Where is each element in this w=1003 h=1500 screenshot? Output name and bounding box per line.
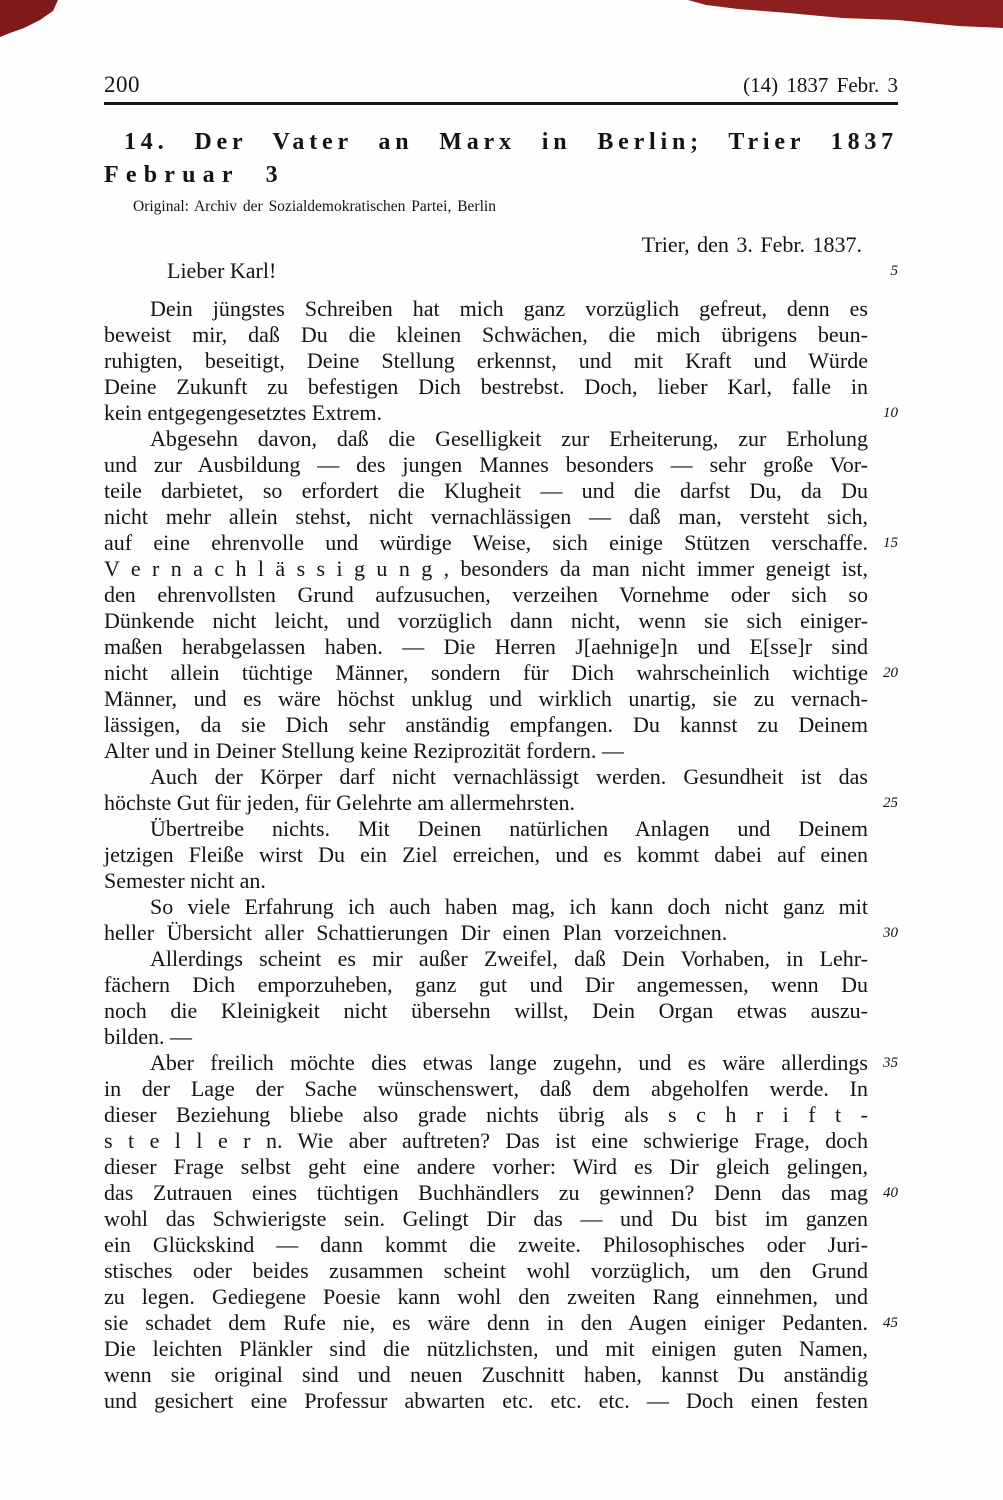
margin-line-number: 25 <box>883 796 898 811</box>
text-line-content: stisches oder beides zusammen scheint wo… <box>104 1258 868 1283</box>
text-line: heller Übersicht aller Schattierungen Di… <box>104 920 898 946</box>
margin-line-number: 10 <box>883 406 898 421</box>
text-line-content: und zur Ausbildung — des jungen Mannes b… <box>104 452 868 477</box>
margin-line-number: 35 <box>883 1056 898 1071</box>
text-line: Dein jüngstes Schreiben hat mich ganz vo… <box>104 296 898 322</box>
text-line-content: beweist mir, daß Du die kleinen Schwäche… <box>104 322 868 347</box>
text-line: dieser Beziehung bliebe also grade nicht… <box>104 1102 898 1128</box>
text-line-content: dieser Frage selbst geht eine andere vor… <box>104 1154 868 1179</box>
page-header: 200 (14) 1837 Febr. 3 <box>104 72 898 98</box>
text-line-content: höchste Gut für jeden, für Gelehrte am a… <box>104 790 575 815</box>
letter-heading-line1: 14. Der Vater an Marx in Berlin; Trier 1… <box>104 126 898 159</box>
margin-line-number: 5 <box>891 264 899 279</box>
text-line: Deine Zukunft zu befestigen Dich bestreb… <box>104 374 898 400</box>
text-line: höchste Gut für jeden, für Gelehrte am a… <box>104 790 898 816</box>
text-line-content: in der Lage der Sache wünschenswert, daß… <box>104 1076 868 1101</box>
dateline: Trier, den 3. Febr. 1837. <box>104 232 898 258</box>
letter-title: Der Vater an Marx in Berlin; Trier 1837 <box>194 129 898 155</box>
text-line-content: s t e l l e r n. Wie aber auftreten? Das… <box>104 1128 868 1153</box>
text-line-content: auf eine ehrenvolle und würdige Weise, s… <box>104 530 868 555</box>
text-line-content: Aber freilich möchte dies etwas lange zu… <box>150 1050 868 1075</box>
text-line-content: lässigen, da sie Dich sehr anständig emp… <box>104 712 868 737</box>
text-line-content: So viele Erfahrung ich auch haben mag, i… <box>150 894 868 919</box>
text-line-content: wohl das Schwierigste sein. Gelingt Dir … <box>104 1206 868 1231</box>
source-note: Original: Archiv der Sozialdemokratische… <box>104 196 898 217</box>
text-line-content: das Zutrauen eines tüchtigen Buchhändler… <box>104 1180 868 1205</box>
text-line: das Zutrauen eines tüchtigen Buchhändler… <box>104 1180 898 1206</box>
text-line: Allerdings scheint es mir außer Zweifel,… <box>104 946 898 972</box>
text-line: teile darbietet, so erfordert die Klughe… <box>104 478 898 504</box>
text-line: Semester nicht an. <box>104 868 898 894</box>
text-line-content: den ehrenvollsten Grund aufzusuchen, ver… <box>104 582 868 607</box>
text-line: nicht mehr allein stehst, nicht vernachl… <box>104 504 898 530</box>
text-line-content: jetzigen Fleiße wirst Du ein Ziel erreic… <box>104 842 868 867</box>
letter-number: 14. <box>124 129 168 155</box>
running-header: (14) 1837 Febr. 3 <box>743 72 898 98</box>
text-line: ein Glückskind — dann kommt die zweite. … <box>104 1232 898 1258</box>
text-line: beweist mir, daß Du die kleinen Schwäche… <box>104 322 898 348</box>
text-line: Dünkende nicht leicht, und vorzüglich da… <box>104 608 898 634</box>
scan-mark-left <box>0 0 58 37</box>
text-line-content: sie schadet dem Rufe nie, es wäre denn i… <box>104 1310 868 1335</box>
margin-line-number: 45 <box>883 1316 898 1331</box>
text-line: kein entgegengesetztes Extrem.10 <box>104 400 898 426</box>
text-line-content: wenn sie original sind und neuen Zuschni… <box>104 1362 868 1387</box>
text-line: Übertreibe nichts. Mit Deinen natürliche… <box>104 816 898 842</box>
margin-line-number: 20 <box>883 666 898 681</box>
salutation-text: Lieber Karl! <box>167 258 276 283</box>
text-line: und zur Ausbildung — des jungen Mannes b… <box>104 452 898 478</box>
text-line: s t e l l e r n. Wie aber auftreten? Das… <box>104 1128 898 1154</box>
text-line: lässigen, da sie Dich sehr anständig emp… <box>104 712 898 738</box>
text-column: 200 (14) 1837 Febr. 3 14. Der Vater an M… <box>104 72 898 1414</box>
text-line: stisches oder beides zusammen scheint wo… <box>104 1258 898 1284</box>
text-line: Männer, und es wäre höchst unklug und wi… <box>104 686 898 712</box>
text-line: ruhigten, beseitigt, Deine Stellung erke… <box>104 348 898 374</box>
text-line-content: kein entgegengesetztes Extrem. <box>104 400 382 425</box>
margin-line-number: 15 <box>883 536 898 551</box>
text-line: noch die Kleinigkeit nicht übersehn will… <box>104 998 898 1024</box>
text-line-content: noch die Kleinigkeit nicht übersehn will… <box>104 998 868 1023</box>
scan-artifact-marks <box>0 0 1003 45</box>
text-line: Aber freilich möchte dies etwas lange zu… <box>104 1050 898 1076</box>
text-line: den ehrenvollsten Grund aufzusuchen, ver… <box>104 582 898 608</box>
page-number: 200 <box>104 72 140 98</box>
text-line-content: Die leichten Plänkler sind die nützlichs… <box>104 1336 868 1361</box>
text-line-content: Männer, und es wäre höchst unklug und wi… <box>104 686 868 711</box>
text-line-content: Auch der Körper darf nicht vernachlässig… <box>150 764 868 789</box>
text-line: maßen herabgelassen haben. — Die Herren … <box>104 634 898 660</box>
scanned-book-page: 200 (14) 1837 Febr. 3 14. Der Vater an M… <box>0 0 1003 1500</box>
salutation-line: Lieber Karl! 5 <box>104 258 898 284</box>
text-line: Die leichten Plänkler sind die nützlichs… <box>104 1336 898 1362</box>
text-line: wenn sie original sind und neuen Zuschni… <box>104 1362 898 1388</box>
text-line-content: zu legen. Gediegene Poesie kann wohl den… <box>104 1284 868 1309</box>
text-line-content: Abgesehn davon, daß die Geselligkeit zur… <box>150 426 868 451</box>
text-line: Auch der Körper darf nicht vernachlässig… <box>104 764 898 790</box>
text-line-content: ein Glückskind — dann kommt die zweite. … <box>104 1232 868 1257</box>
text-line-content: bilden. — <box>104 1024 192 1049</box>
text-line-content: ruhigten, beseitigt, Deine Stellung erke… <box>104 348 868 373</box>
text-line: So viele Erfahrung ich auch haben mag, i… <box>104 894 898 920</box>
text-line: Alter und in Deiner Stellung keine Rezip… <box>104 738 898 764</box>
text-line: dieser Frage selbst geht eine andere vor… <box>104 1154 898 1180</box>
text-line-content: nicht mehr allein stehst, nicht vernachl… <box>104 504 868 529</box>
text-line-content: V e r n a c h l ä s s i g u n g , besond… <box>104 556 868 581</box>
scan-mark-right <box>688 0 1003 28</box>
text-line-content: Semester nicht an. <box>104 868 266 893</box>
text-line: bilden. — <box>104 1024 898 1050</box>
text-line: nicht allein tüchtige Männer, sondern fü… <box>104 660 898 686</box>
text-line: V e r n a c h l ä s s i g u n g , besond… <box>104 556 898 582</box>
text-line-content: fächern Dich emporzuheben, ganz gut und … <box>104 972 868 997</box>
header-rule <box>104 102 898 105</box>
text-line-content: Deine Zukunft zu befestigen Dich bestreb… <box>104 374 868 399</box>
letter-body: Dein jüngstes Schreiben hat mich ganz vo… <box>104 296 898 1414</box>
text-line: und gesichert eine Professur abwarten et… <box>104 1388 898 1414</box>
text-line-content: maßen herabgelassen haben. — Die Herren … <box>104 634 868 659</box>
text-line: wohl das Schwierigste sein. Gelingt Dir … <box>104 1206 898 1232</box>
text-line: fächern Dich emporzuheben, ganz gut und … <box>104 972 898 998</box>
text-line: in der Lage der Sache wünschenswert, daß… <box>104 1076 898 1102</box>
text-line-content: Dein jüngstes Schreiben hat mich ganz vo… <box>150 296 868 321</box>
letter-heading: 14. Der Vater an Marx in Berlin; Trier 1… <box>104 126 898 192</box>
text-line-content: nicht allein tüchtige Männer, sondern fü… <box>104 660 868 685</box>
text-line-content: heller Übersicht aller Schattierungen Di… <box>104 920 727 945</box>
text-line: Abgesehn davon, daß die Geselligkeit zur… <box>104 426 898 452</box>
text-line: jetzigen Fleiße wirst Du ein Ziel erreic… <box>104 842 898 868</box>
margin-line-number: 30 <box>883 926 898 941</box>
text-line-content: Dünkende nicht leicht, und vorzüglich da… <box>104 608 868 633</box>
margin-line-number: 40 <box>883 1186 898 1201</box>
text-line: zu legen. Gediegene Poesie kann wohl den… <box>104 1284 898 1310</box>
text-line-content: teile darbietet, so erfordert die Klughe… <box>104 478 868 503</box>
text-line-content: Alter und in Deiner Stellung keine Rezip… <box>104 738 624 763</box>
text-line-content: dieser Beziehung bliebe also grade nicht… <box>104 1102 868 1127</box>
text-line: sie schadet dem Rufe nie, es wäre denn i… <box>104 1310 898 1336</box>
text-line-content: und gesichert eine Professur abwarten et… <box>104 1388 868 1413</box>
text-line-content: Übertreibe nichts. Mit Deinen natürliche… <box>150 816 868 841</box>
text-line: auf eine ehrenvolle und würdige Weise, s… <box>104 530 898 556</box>
letter-heading-line2: Februar 3 <box>104 159 898 192</box>
text-line-content: Allerdings scheint es mir außer Zweifel,… <box>150 946 868 971</box>
